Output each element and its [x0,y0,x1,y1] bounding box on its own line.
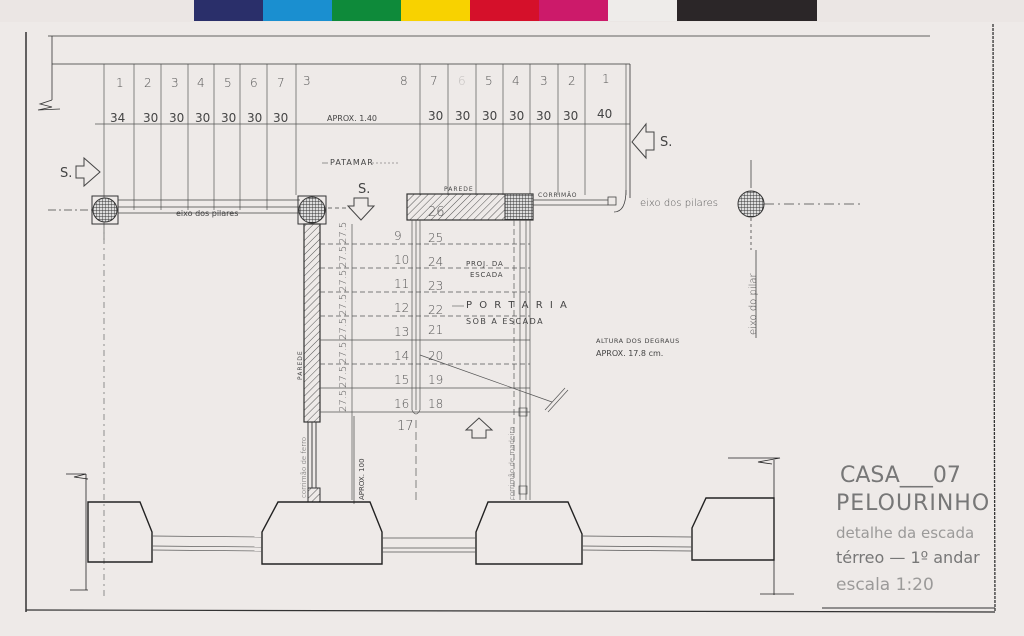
label-corrimao: CORRIMÃO [538,192,577,199]
dimension: 27.5 [338,366,349,388]
dimension: 27.5 [338,294,349,316]
label-parede: PAREDE [444,186,474,193]
step-number: 9 [394,229,402,243]
dimension: 30 [247,111,262,125]
step-number: 21 [428,323,443,337]
step-number: 7 [430,74,438,88]
dimension: 27.5 [338,270,349,292]
step-number: 22 [428,303,443,317]
label-patamar: PATAMAR [330,158,374,167]
dimension-landing: APROX. 1.40 [327,114,377,123]
dimension: 30 [143,111,158,125]
step-number: 4 [197,76,205,90]
label-s: S. [358,182,370,197]
label-corrimao-madeira: corrimão de madeira [508,427,516,500]
step-number: 3 [540,74,548,88]
title-escala: escala 1:20 [836,575,934,595]
title-casa: CASA___07 [840,463,961,488]
step-number: 5 [485,74,493,88]
dimension: 27.5 [338,390,349,412]
label-parede: PAREDE [297,350,304,380]
dimension: 30 [536,109,551,123]
dimension: 30 [195,111,210,125]
step-number: 7 [277,76,285,90]
dimension: 34 [110,111,125,125]
label-altura-aprox: APROX. 17.8 cm. [596,349,663,358]
step-number: 11 [394,277,409,291]
step-number: 2 [568,74,576,88]
step-number: 1 [116,76,124,90]
title-andar: térreo — 1º andar [836,548,980,567]
dimension: 30 [482,109,497,123]
step-number: 5 [224,76,232,90]
step-number: 16 [394,397,409,411]
label-eixo-pilares: eixo dos pilares [176,209,238,218]
step-number: 19 [428,373,443,387]
step-number: 15 [394,373,409,387]
label-portaria: P O R T A R I A [466,300,569,311]
label-altura-degraus: ALTURA DOS DEGRAUS [596,337,680,345]
dimension: 30 [428,109,443,123]
step-number: 3 [303,74,311,88]
dimension: 30 [169,111,184,125]
dimension: 27.5 [338,246,349,268]
step-number: 10 [394,253,409,267]
step-number: 25 [428,231,443,245]
pillar [738,191,764,217]
dimension: 30 [509,109,524,123]
architectural-drawing: 1 2 3 4 5 6 7 3 8 7 6 5 4 3 2 1 34 30 30… [0,0,1024,636]
step-number: 8 [400,74,408,88]
label-corrimao-ferro: corrimão de ferro [300,437,308,498]
dimension: 27.5 [338,222,349,244]
label-proj-escada: PROJ. DA [466,260,504,268]
label-eixo-pilar: eixo do pilar [748,272,759,335]
dimension: 30 [221,111,236,125]
dimension: 30 [563,109,578,123]
dimension: 30 [273,111,288,125]
title-pelourinho: PELOURINHO [836,491,990,516]
title-detalhe: detalhe da escada [836,524,974,542]
step-number: 12 [394,301,409,315]
dimension: 27.5 [338,342,349,364]
tread-dimensions: 27.5 27.5 27.5 27.5 27.5 27.5 27.5 27.5 [338,222,349,412]
dimension: 30 [455,109,470,123]
dimension: 27.5 [338,318,349,340]
step-number: 3 [171,76,179,90]
step-number: 26 [428,205,445,220]
step-number: 17 [397,419,414,434]
label-s: S. [60,166,72,181]
label-aprox-100: APROX. 100 [358,458,366,500]
step-number: 18 [428,397,443,411]
step-number: 13 [394,325,409,339]
step-number: 20 [428,349,443,363]
step-number: 6 [250,76,258,90]
label-eixo-pilares: eixo dos pilares [640,198,718,209]
step-number: 1 [602,72,610,86]
label-proj-escada: ESCADA [470,271,503,279]
dimension: 40 [597,107,612,121]
label-portaria: SOB A ESCADA [466,317,544,326]
step-number: 14 [394,349,409,363]
step-number: 24 [428,255,443,269]
label-s: S. [660,135,672,150]
step-number: 6 [458,74,466,88]
step-number: 4 [512,74,520,88]
step-number: 23 [428,279,443,293]
step-number: 2 [144,76,152,90]
top-wall [407,194,533,220]
